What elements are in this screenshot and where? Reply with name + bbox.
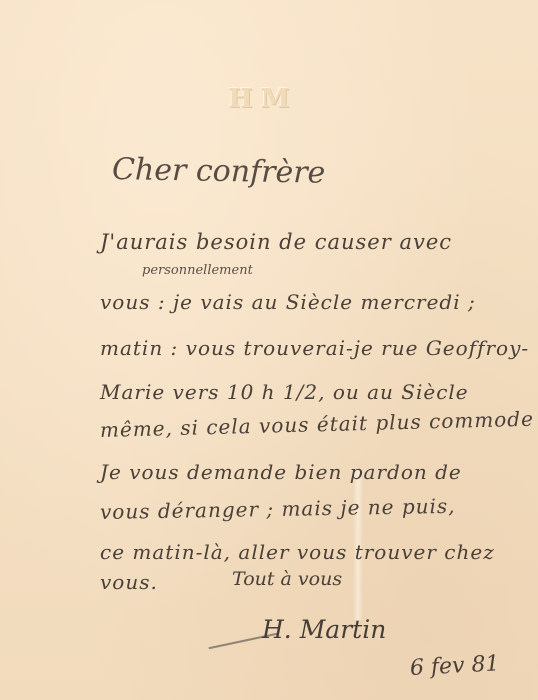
- letter-line-4: Marie vers 10 h 1/2, ou au Siècle: [100, 380, 469, 404]
- letter-line-9: vous.: [100, 570, 158, 594]
- letter-page: HM Cher confrère J'aurais besoin de caus…: [0, 0, 538, 700]
- letter-date: 6 fev 81: [409, 651, 500, 681]
- interlinear-insertion: personnellement: [142, 263, 253, 278]
- signature: H. Martin: [262, 615, 386, 644]
- letter-line-3: matin : vous trouverai-je rue Geoffroy-: [100, 336, 529, 360]
- letter-line-2: vous : je vais au Siècle mercredi ;: [100, 290, 476, 314]
- letter-line-5: même, si cela vous était plus commode ?: [100, 406, 538, 442]
- letter-line-8: ce matin-là, aller vous trouver chez: [100, 540, 495, 564]
- embossed-monogram: HM: [228, 84, 297, 114]
- letter-line-6: Je vous demande bien pardon de: [100, 460, 462, 484]
- salutation: Cher confrère: [112, 152, 326, 191]
- closing: Tout à vous: [232, 568, 342, 590]
- letter-line-7: vous déranger ; mais je ne puis,: [100, 494, 456, 524]
- letter-line-1: J'aurais besoin de causer avec: [100, 230, 452, 254]
